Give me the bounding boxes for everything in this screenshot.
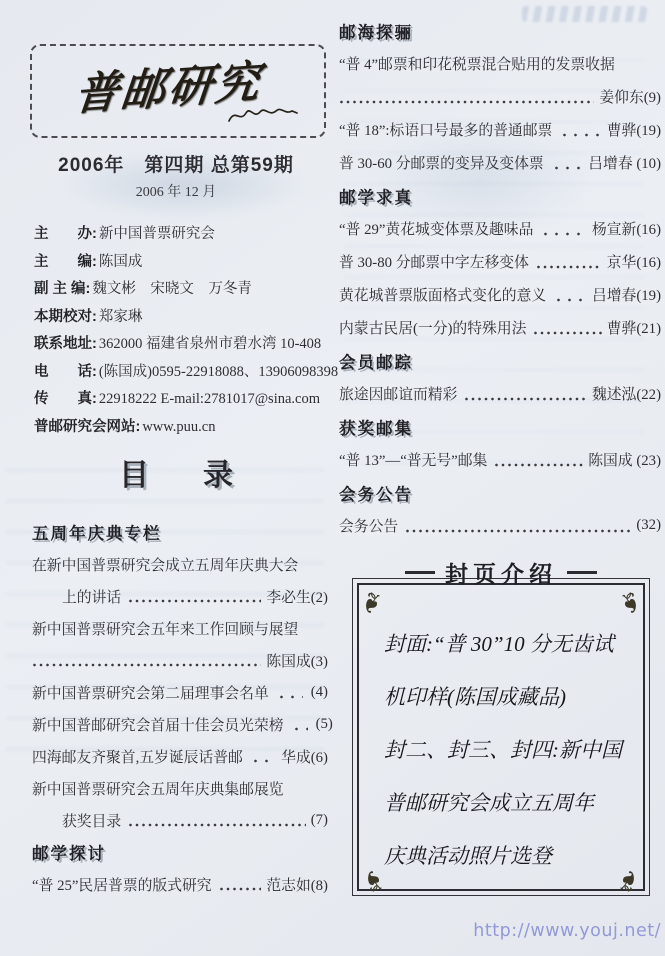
toc-entry-title: 内蒙古民居(一分)的特殊用法 <box>339 317 526 338</box>
info-value: (陈国成)0595-22918088、13906098398 <box>99 359 338 387</box>
info-value: 郑家琳 <box>99 304 143 332</box>
cover-intro-line: 封面:“普 30”10 分无齿试 <box>384 618 632 671</box>
info-label: 主 编: <box>34 249 97 277</box>
toc-entry-ref: (7) <box>311 812 328 829</box>
cover-intro-title-text: 封页介绍 <box>445 556 557 589</box>
toc-entry: 在新中国普票研究会成立五周年庆典大会 <box>32 548 328 580</box>
title-rule-right <box>567 571 597 574</box>
toc-left-column: 五周年庆典专栏 在新中国普票研究会成立五周年庆典大会 上的讲话 李必生(2) 新… <box>32 516 328 900</box>
toc-entry-ref: 曹骅(19) <box>607 119 661 140</box>
info-label: 本期校对: <box>34 304 97 332</box>
cover-intro-line: 封二、封三、封四:新中国 <box>384 724 632 777</box>
toc-entry-ref: 京华(16) <box>607 251 661 272</box>
info-label: 主 办: <box>34 221 97 249</box>
toc-section-header: 邮海探骊 <box>339 14 661 47</box>
toc-entry: “普 29”黄花城变体票及趣味品 杨宣新(16) <box>339 212 661 245</box>
toc-entry-ref: 李必生(2) <box>266 586 328 607</box>
info-label: 副 主 编: <box>34 276 90 304</box>
toc-entry-title: 黄花城普票版面格式变化的意义 <box>339 284 546 305</box>
publication-info-row: 副 主 编: 魏文彬 宋晓文 万冬青 <box>34 276 334 304</box>
dot-leader <box>339 98 594 107</box>
toc-entry: 四海邮友齐聚首,五岁诞辰话普邮 华成(6) <box>32 740 328 772</box>
dot-leader <box>219 885 262 894</box>
toc-entry-ref: 范志如(8) <box>266 874 328 895</box>
info-value: 22918222 E-mail:2781017@sina.com <box>99 386 320 414</box>
toc-entry-title: “普 4”邮票和印花税票混合贴用的发票收据 <box>339 53 615 74</box>
dot-leader <box>494 461 583 470</box>
toc-entry: “普 18”:标语口号最多的普通邮票 曹骅(19) <box>339 113 661 146</box>
cover-intro-line: 机印样(陈国成藏品) <box>384 671 632 724</box>
toc-section-header: 邮学求真 <box>339 179 661 212</box>
toc-title: 目 录 <box>30 450 322 494</box>
toc-entry: 获奖目录 (7) <box>32 804 328 836</box>
toc-entry: 普 30-60 分邮票的变异及变体票 吕增春 (10) <box>339 146 661 179</box>
dot-leader <box>533 329 601 338</box>
toc-entry-title: “普 18”:标语口号最多的普通邮票 <box>339 119 552 140</box>
toc-section-header: 获奖邮集 <box>339 410 661 443</box>
date-line: 2006 年 12 月 <box>30 181 322 201</box>
toc-section-header: 会员邮踪 <box>339 344 661 377</box>
toc-entry-ref: 吕增春(19) <box>592 284 661 305</box>
dot-leader <box>464 395 587 404</box>
toc-entry-ref: (5) <box>316 716 333 733</box>
publication-info-row: 本期校对: 郑家琳 <box>34 304 334 332</box>
toc-entry-title: 会务公告 <box>339 515 398 536</box>
toc-section-header: 邮学探讨 <box>32 836 328 868</box>
toc-entry: 普 30-80 分邮票中字左移变体 京华(16) <box>339 245 661 278</box>
dot-leader <box>279 693 303 702</box>
issue-line: 2006年 第四期 总第59期 <box>30 150 322 177</box>
publication-info-row: 电 话: (陈国成)0595-22918088、13906098398 <box>34 359 334 387</box>
info-value: 陈国成 <box>99 249 143 277</box>
publication-info: 主 办: 新中国普票研究会 主 编: 陈国成 副 主 编: 魏文彬 宋晓文 万冬… <box>34 221 334 441</box>
toc-entry-title: 在新中国普票研究会成立五周年庆典大会 <box>32 554 298 575</box>
toc-entry: 新中国普邮研究会首届十佳会员光荣榜 (5) <box>32 708 328 740</box>
toc-entry-ref: 姜仰东(9) <box>599 86 661 107</box>
toc-entry-title: 获奖目录 <box>62 810 121 831</box>
cover-intro-line: 普邮研究会成立五周年 <box>384 777 632 830</box>
toc-entry-title: 新中国普票研究会五年来工作回顾与展望 <box>32 618 298 639</box>
info-value: 362000 福建省泉州市碧水湾 10-408 <box>99 331 321 359</box>
toc-entry-title: 旅途因邮谊而精彩 <box>339 383 457 404</box>
toc-entry-ref: (32) <box>636 517 661 534</box>
toc-entry-ref: 陈国成(3) <box>266 650 328 671</box>
toc-entry: 会务公告 (32) <box>339 509 661 542</box>
publication-info-row: 普邮研究会网站: www.puu.cn <box>34 414 334 442</box>
toc-entry: 姜仰东(9) <box>339 80 661 113</box>
publication-info-row: 主 办: 新中国普票研究会 <box>34 221 334 249</box>
toc-entry-ref: 华成(6) <box>281 746 328 767</box>
cover-intro-line: 庆典活动照片选登 <box>384 830 632 883</box>
toc-entry: 旅途因邮谊而精彩 魏述泓(22) <box>339 377 661 410</box>
toc-entry-title: 四海邮友齐聚首,五岁诞辰话普邮 <box>32 746 243 767</box>
dot-leader <box>405 527 631 536</box>
info-label: 联系地址: <box>34 331 97 359</box>
signature-icon <box>226 102 300 128</box>
toc-entry-title: “普 25”民居普票的版式研究 <box>32 874 212 895</box>
toc-entry: “普 13”—“普无号”邮集 陈国成 (23) <box>339 443 661 476</box>
toc-entry-ref: 吕增春 (10) <box>588 152 661 173</box>
info-label: 普邮研究会网站: <box>34 414 140 442</box>
cover-intro-box: 封页介绍 封面:“普 30”10 分无齿试机印样(陈国成藏品)封二、封三、封四:… <box>352 556 650 896</box>
toc-entry-title: 新中国普邮研究会首届十佳会员光荣榜 <box>32 714 284 735</box>
toc-entry-ref: 曹骅(21) <box>607 317 661 338</box>
dot-leader <box>294 725 308 734</box>
toc-entry: “普 25”民居普票的版式研究 范志如(8) <box>32 868 328 900</box>
info-value: 新中国普票研究会 <box>99 221 215 249</box>
publication-info-row: 传 真: 22918222 E-mail:2781017@sina.com <box>34 386 334 414</box>
toc-entry: 新中国普票研究会第二届理事会名单 (4) <box>32 676 328 708</box>
dot-leader <box>253 757 273 766</box>
info-value: www.puu.cn <box>142 414 215 442</box>
toc-entry: 上的讲话 李必生(2) <box>32 580 328 612</box>
toc-entry-ref: 杨宣新(16) <box>592 218 661 239</box>
dot-leader <box>128 597 261 606</box>
toc-entry-title: 普 30-60 分邮票的变异及变体票 <box>339 152 544 173</box>
magazine-toc-page: 普邮研究 2006年 第四期 总第59期 2006 年 12 月 主 办: 新中… <box>0 0 665 956</box>
cover-intro-title: 封页介绍 <box>352 556 650 589</box>
info-label: 电 话: <box>34 359 97 387</box>
dot-leader <box>32 661 261 670</box>
toc-entry: “普 4”邮票和印花税票混合贴用的发票收据 <box>339 47 661 80</box>
website-url-link[interactable]: http://www.youj.net/ <box>473 921 661 941</box>
info-value: 魏文彬 宋晓文 万冬青 <box>92 276 252 304</box>
toc-entry: 黄花城普票版面格式变化的意义 吕增春(19) <box>339 278 661 311</box>
dot-leader <box>554 164 581 173</box>
toc-entry: 新中国普票研究会五周年庆典集邮展览 <box>32 772 328 804</box>
title-rule-left <box>405 571 435 574</box>
publication-info-row: 主 编: 陈国成 <box>34 249 334 277</box>
publication-info-row: 联系地址: 362000 福建省泉州市碧水湾 10-408 <box>34 331 334 359</box>
toc-entry-title: 新中国普票研究会第二届理事会名单 <box>32 682 269 703</box>
dot-leader <box>543 230 584 239</box>
toc-entry-title: 上的讲话 <box>62 586 121 607</box>
toc-right-column: 邮海探骊 “普 4”邮票和印花税票混合贴用的发票收据 姜仰东(9) “普 18”… <box>339 14 661 542</box>
dot-leader <box>556 296 584 305</box>
dot-leader <box>536 263 602 272</box>
toc-section-header: 五周年庆典专栏 <box>32 516 328 548</box>
toc-entry-title: 新中国普票研究会五周年庆典集邮展览 <box>32 778 284 799</box>
toc-entry: 陈国成(3) <box>32 644 328 676</box>
toc-entry-ref: 魏述泓(22) <box>592 383 661 404</box>
toc-section-header: 会务公告 <box>339 476 661 509</box>
toc-entry-title: “普 29”黄花城变体票及趣味品 <box>339 218 533 239</box>
toc-entry-title: 普 30-80 分邮票中字左移变体 <box>339 251 529 272</box>
toc-entry-title: “普 13”—“普无号”邮集 <box>339 449 487 470</box>
toc-entry-ref: 陈国成 (23) <box>588 449 661 470</box>
cover-intro-lines: 封面:“普 30”10 分无齿试机印样(陈国成藏品)封二、封三、封四:新中国普邮… <box>384 618 632 883</box>
toc-entry: 新中国普票研究会五年来工作回顾与展望 <box>32 612 328 644</box>
dot-leader <box>562 131 598 140</box>
masthead-logo-box: 普邮研究 <box>30 44 326 138</box>
toc-entry-ref: (4) <box>311 684 328 701</box>
toc-entry: 内蒙古民居(一分)的特殊用法 曹骅(21) <box>339 311 661 344</box>
dot-leader <box>128 821 306 830</box>
info-label: 传 真: <box>34 386 97 414</box>
